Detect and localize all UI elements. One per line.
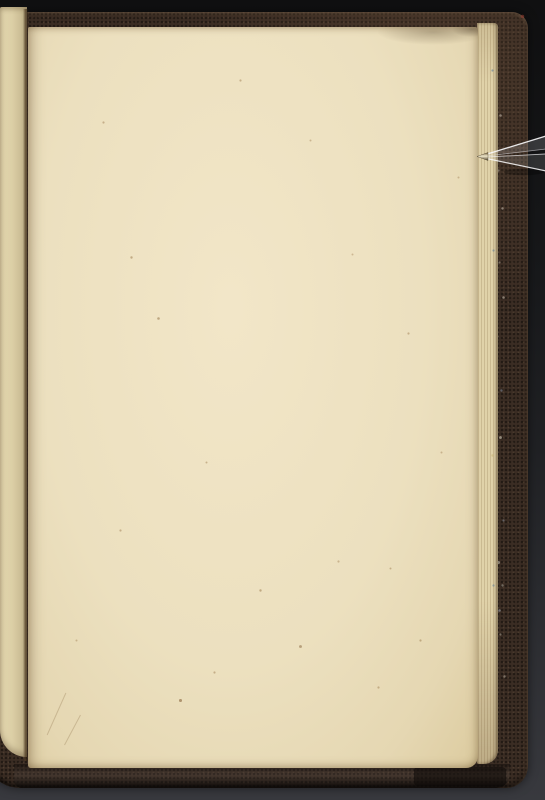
surface-scratch bbox=[47, 693, 67, 735]
page-holder-clip bbox=[476, 133, 545, 183]
foxing-specks bbox=[28, 27, 29, 28]
photo-background bbox=[0, 0, 545, 800]
page-edge-flecks bbox=[0, 0, 1, 1]
cover-bottom-dark-patch bbox=[414, 767, 506, 786]
page-stain-top-right bbox=[318, 27, 478, 69]
blank-book-page bbox=[28, 27, 478, 768]
surface-scratch bbox=[64, 715, 81, 745]
clip-metal-tip bbox=[477, 153, 488, 161]
